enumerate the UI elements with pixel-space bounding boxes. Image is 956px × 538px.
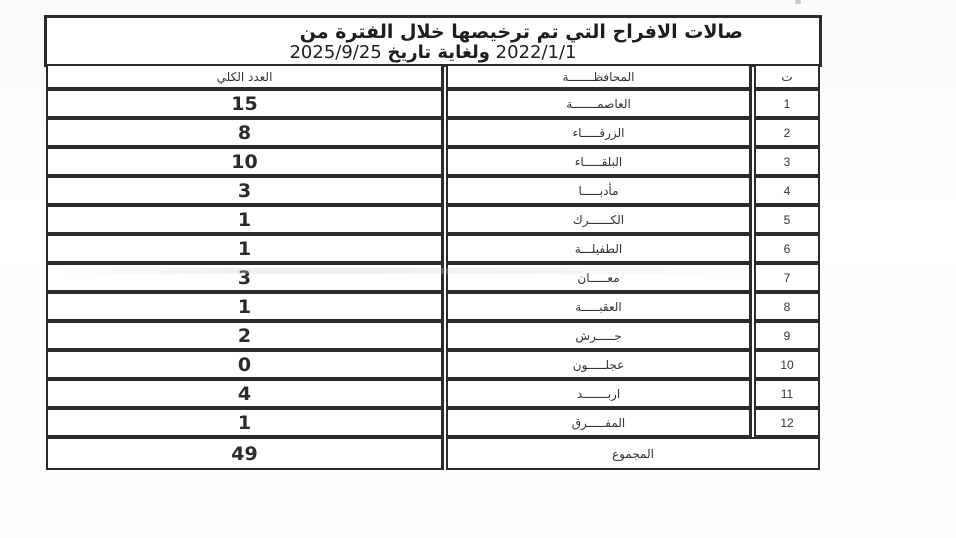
table-row: 4 اربـــــــد 11 <box>44 379 822 408</box>
count-cell: 2 <box>46 321 444 350</box>
header-total-count: العدد الكلي <box>46 64 444 89</box>
date-connector: ولغاية تاريخ <box>388 42 490 63</box>
governorate-name: جـــــرش <box>575 329 621 343</box>
governorate-name: اربـــــــد <box>577 387 620 401</box>
governorate-cell: الطفيلـــة <box>446 234 752 263</box>
count-value: 0 <box>238 354 251 376</box>
governorate-cell: العاصمـــــــة <box>446 89 752 118</box>
table-title-box: صالات الافراح التي تم ترخيصها خلال الفتر… <box>44 15 822 67</box>
row-index: 10 <box>780 358 793 372</box>
governorate-name: الطفيلـــة <box>575 242 622 256</box>
governorate-name: العقبـــــة <box>575 300 621 314</box>
index-cell: 4 <box>754 176 820 205</box>
title-line-2: 2022/1/1 ولغاية تاريخ 2025/9/25 <box>47 42 819 64</box>
table-row: 10 البلقـــــاء 3 <box>44 147 822 176</box>
count-value: 1 <box>238 209 251 231</box>
title-line-1: صالات الافراح التي تم ترخيصها خلال الفتر… <box>300 21 743 43</box>
count-cell: 1 <box>46 205 444 234</box>
governorate-cell: جـــــرش <box>446 321 752 350</box>
table-row: 0 عجلـــــون 10 <box>44 350 822 379</box>
count-cell: 0 <box>46 350 444 379</box>
count-value: 4 <box>238 383 251 405</box>
governorate-name: الزرقـــــاء <box>572 126 624 140</box>
index-cell: 11 <box>754 379 820 408</box>
governorate-name: العاصمـــــــة <box>566 97 631 111</box>
count-value: 1 <box>238 412 251 434</box>
table-row: 2 جـــــرش 9 <box>44 321 822 350</box>
count-value: 2 <box>238 325 251 347</box>
governorate-name: عجلـــــون <box>573 358 624 372</box>
header-index-label: ت <box>781 70 792 84</box>
governorate-cell: الكــــــرك <box>446 205 752 234</box>
row-index: 3 <box>784 155 791 169</box>
governorate-cell: عجلـــــون <box>446 350 752 379</box>
row-index: 12 <box>780 416 793 430</box>
index-cell: 9 <box>754 321 820 350</box>
header-governorate-label: المحافظـــــــة <box>563 70 635 84</box>
header-total-count-label: العدد الكلي <box>217 70 273 84</box>
count-value: 10 <box>231 151 257 173</box>
count-value: 8 <box>238 122 251 144</box>
count-cell: 1 <box>46 292 444 321</box>
start-date: 2022/1/1 <box>496 42 577 63</box>
governorate-cell: الزرقـــــاء <box>446 118 752 147</box>
index-cell: 2 <box>754 118 820 147</box>
count-cell: 4 <box>46 379 444 408</box>
row-index: 1 <box>784 97 791 111</box>
index-cell: 1 <box>754 89 820 118</box>
count-cell: 8 <box>46 118 444 147</box>
index-cell: 8 <box>754 292 820 321</box>
total-label-cell: المجموع <box>446 437 820 470</box>
table-header-row: العدد الكلي المحافظـــــــة ت <box>44 64 822 89</box>
row-index: 2 <box>784 126 791 140</box>
governorate-cell: المفـــــرق <box>446 408 752 437</box>
count-value: 1 <box>238 238 251 260</box>
governorate-name: الكــــــرك <box>573 213 624 227</box>
table-total-row: 49 المجموع <box>44 437 822 470</box>
table-row: 8 الزرقـــــاء 2 <box>44 118 822 147</box>
row-index: 7 <box>784 271 791 285</box>
count-cell: 10 <box>46 147 444 176</box>
row-index: 11 <box>781 387 793 401</box>
table-row: 3 مأدبـــــا 4 <box>44 176 822 205</box>
row-index: 8 <box>784 300 791 314</box>
governorate-name: البلقـــــاء <box>575 155 623 169</box>
total-label: المجموع <box>612 447 654 461</box>
index-cell: 6 <box>754 234 820 263</box>
count-cell: 1 <box>46 234 444 263</box>
index-cell: 7 <box>754 263 820 292</box>
governorate-cell: البلقـــــاء <box>446 147 752 176</box>
count-value: 1 <box>238 296 251 318</box>
total-count-value: 49 <box>231 443 257 465</box>
table-row: 1 الكــــــرك 5 <box>44 205 822 234</box>
governorate-cell: مأدبـــــا <box>446 176 752 205</box>
row-index: 9 <box>784 329 791 343</box>
table-row: 1 الطفيلـــة 6 <box>44 234 822 263</box>
header-governorate: المحافظـــــــة <box>446 64 752 89</box>
scan-smudge <box>60 268 760 274</box>
row-index: 6 <box>784 242 791 256</box>
table-row: 1 العقبـــــة 8 <box>44 292 822 321</box>
index-cell: 5 <box>754 205 820 234</box>
scan-mark <box>795 0 801 4</box>
index-cell: 10 <box>754 350 820 379</box>
count-cell: 1 <box>46 408 444 437</box>
governorate-cell: اربـــــــد <box>446 379 752 408</box>
governorate-name: المفـــــرق <box>572 416 626 430</box>
governorate-cell: العقبـــــة <box>446 292 752 321</box>
end-date: 2025/9/25 <box>289 42 381 63</box>
header-index: ت <box>754 64 820 89</box>
table-row: 15 العاصمـــــــة 1 <box>44 89 822 118</box>
index-cell: 3 <box>754 147 820 176</box>
total-count-cell: 49 <box>46 437 444 470</box>
count-value: 15 <box>231 93 257 115</box>
index-cell: 12 <box>754 408 820 437</box>
table-row: 1 المفـــــرق 12 <box>44 408 822 437</box>
row-index: 4 <box>784 184 791 198</box>
count-value: 3 <box>238 180 251 202</box>
governorate-name: مأدبـــــا <box>579 184 619 198</box>
row-index: 5 <box>784 213 791 227</box>
count-cell: 3 <box>46 176 444 205</box>
count-cell: 15 <box>46 89 444 118</box>
